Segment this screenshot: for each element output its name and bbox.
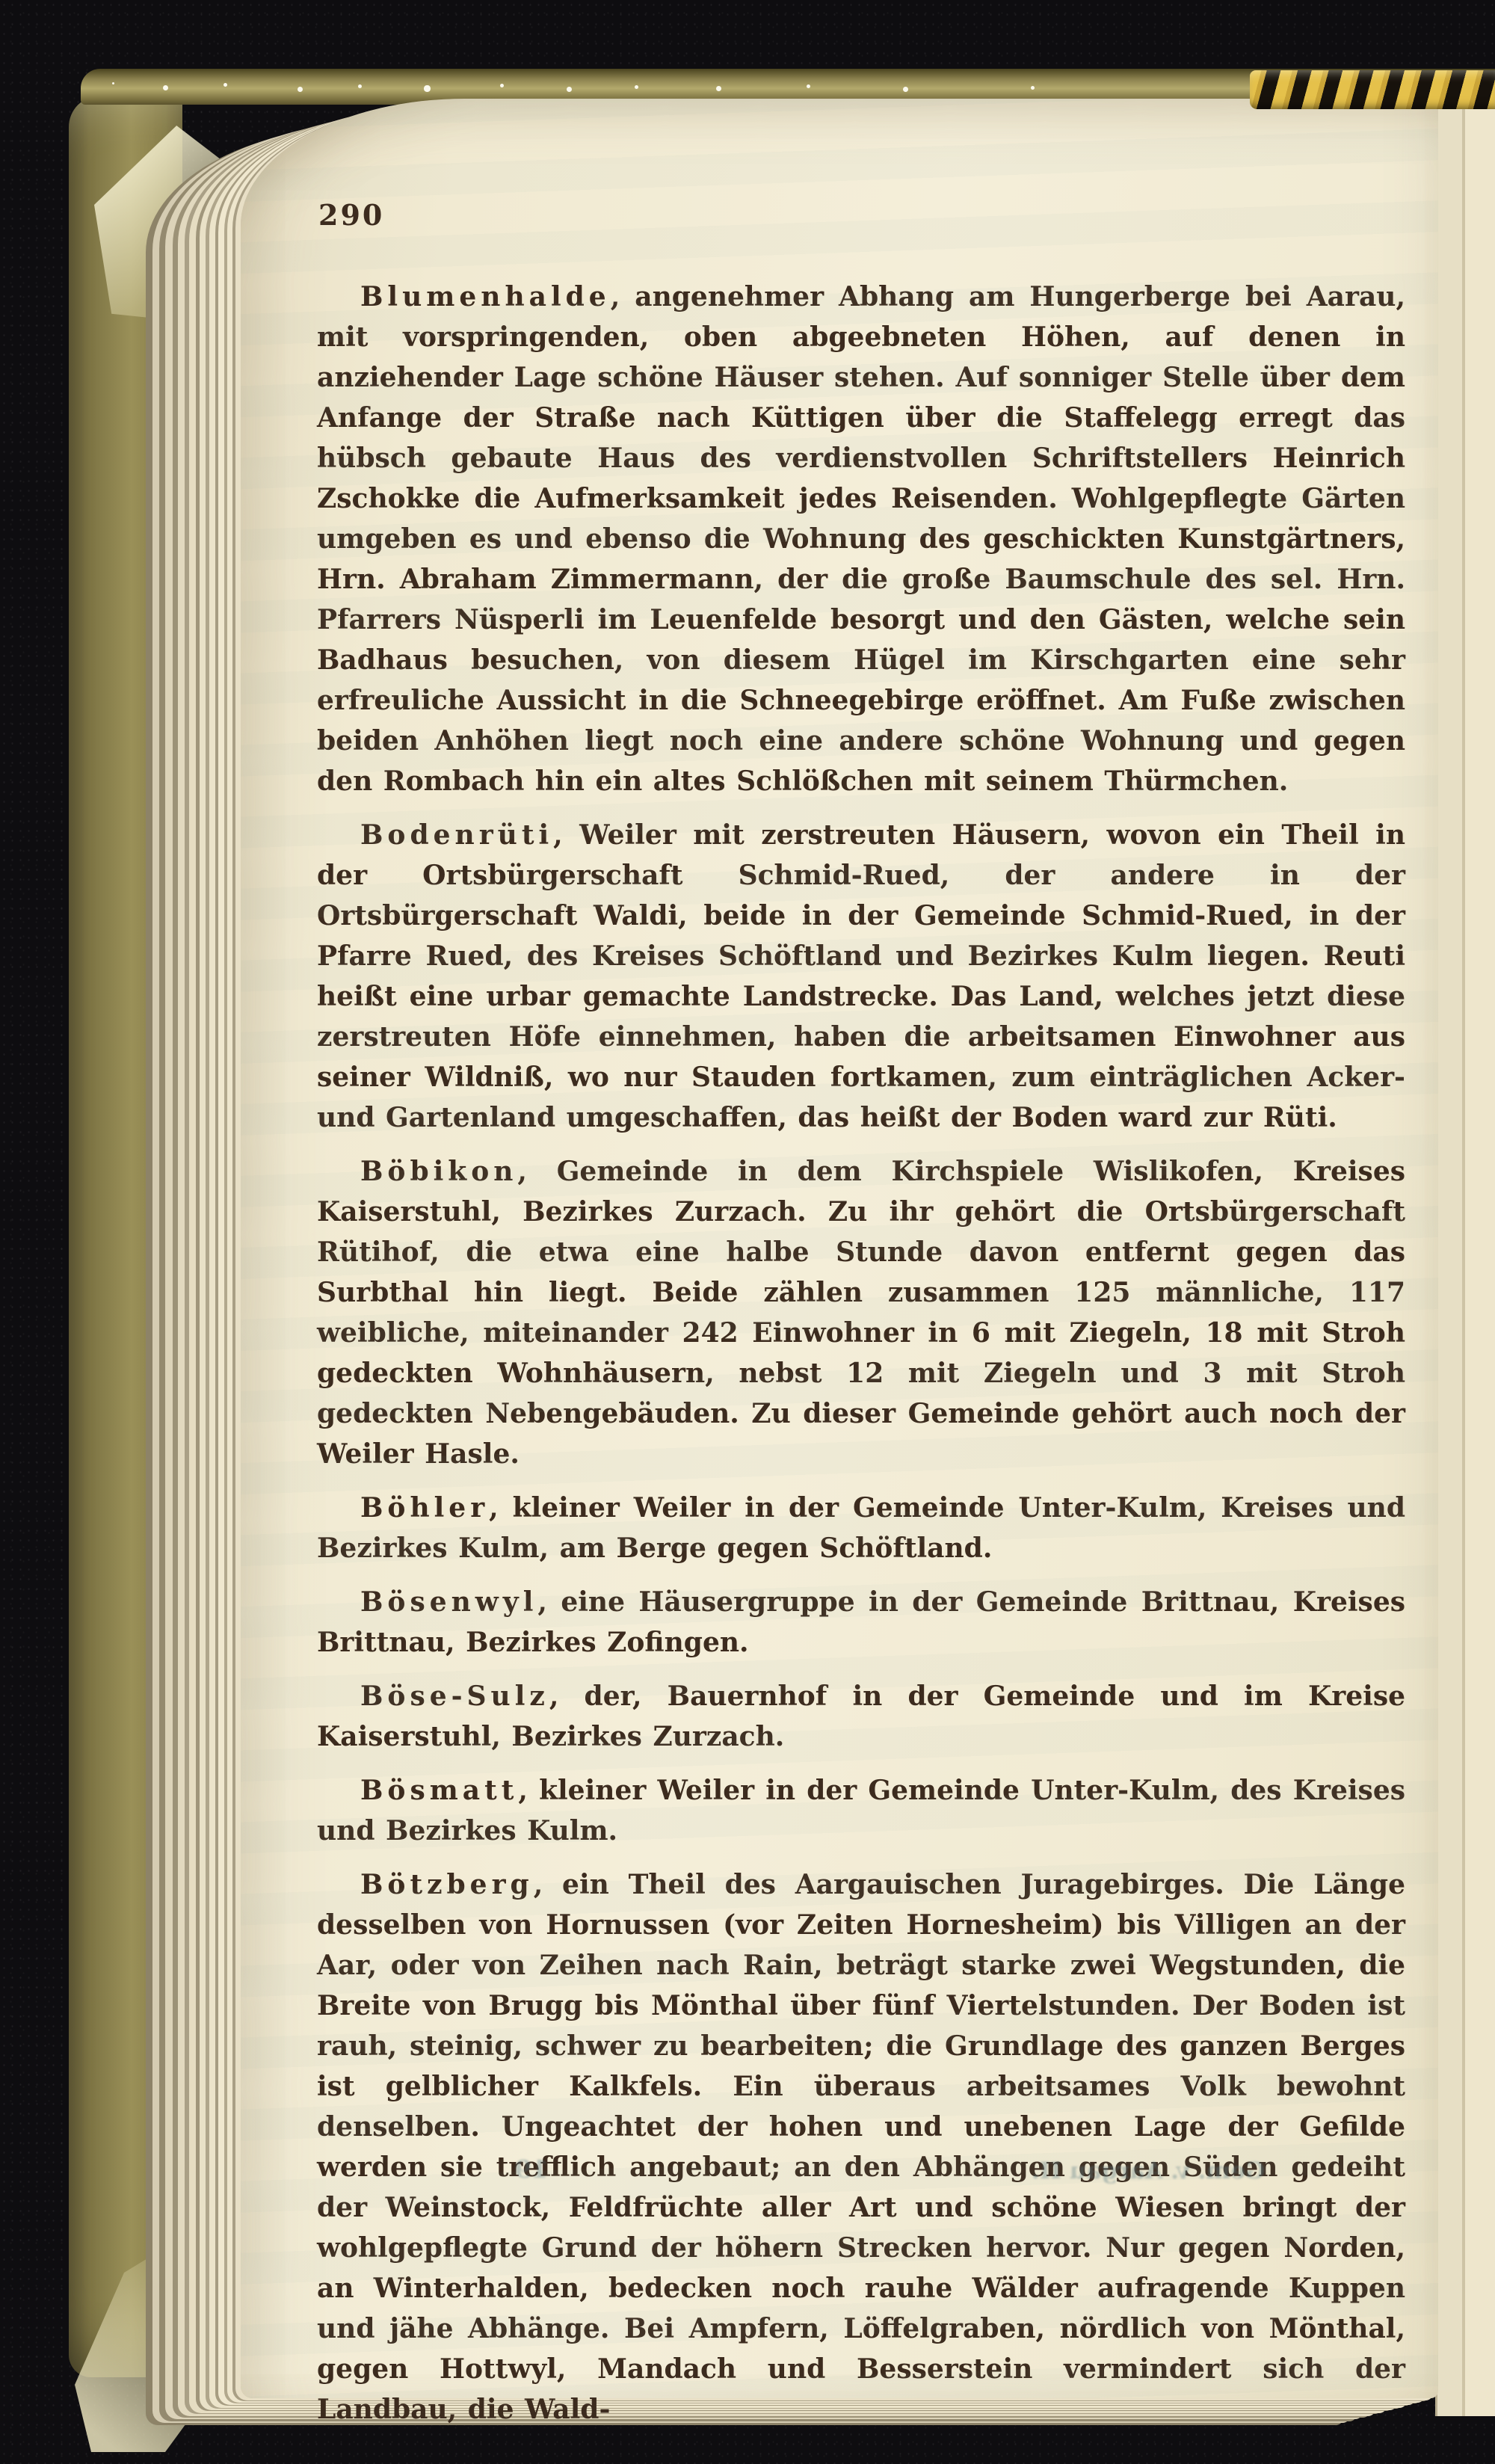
entry-paragraph: Böhler, kleiner Weiler in der Gemeinde U… [317,1488,1405,1568]
entry-headword: Böhler [360,1492,489,1524]
scan-background: { "page_number": "290", "entries": [ { "… [0,0,1495,2464]
entry-paragraph: Bodenrüti, Weiler mit zerstreuten Häuser… [317,815,1405,1138]
bleedthrough-signature-number: 19 [514,2155,549,2184]
page-number: 290 [318,200,1405,230]
entry-paragraph: Bösmatt, kleiner Weiler in der Gemeinde … [317,1770,1405,1851]
entry-headword: Böbikon [360,1156,517,1187]
entry-headword: Blumenhalde [360,281,611,312]
book-spine-cover [69,96,182,2377]
entry-body: , angenehmer Abhang am Hungerberge bei A… [317,281,1405,797]
entry-body: , Weiler mit zerstreuten Häusern, wovon … [317,819,1405,1133]
entry-paragraph: Blumenhalde, angenehmer Abhang am Hunger… [317,277,1405,801]
page-content: 290 Blumenhalde, angenehmer Abhang am Hu… [241,99,1438,2443]
entry-headword: Bötzberg [360,1869,534,1900]
entry-headword: Bösmatt [360,1775,518,1806]
entry-headword: Böse-Sulz [360,1681,549,1712]
entry-paragraph: Bösenwyl, eine Häusergruppe in der Gemei… [317,1582,1405,1663]
bleedthrough-volume-title: Gem. v. Aargau II. [1032,2157,1265,2184]
book-page: 290 Blumenhalde, angenehmer Abhang am Hu… [241,99,1438,2398]
entry-headword: Bösenwyl [360,1586,537,1618]
entry-paragraph: Böbikon, Gemeinde in dem Kirchspiele Wis… [317,1151,1405,1474]
tape-glint-highlights [112,82,114,84]
striped-headband [1250,70,1495,109]
entry-paragraph: Böse-Sulz, der, Bauernhof in der Gemeind… [317,1676,1405,1757]
next-page-edge [1435,105,1495,2416]
entry-body: , ein Theil des Aargauischen Juragebirge… [317,1869,1405,2425]
entry-headword: Bodenrüti [360,819,553,851]
entry-paragraph: Bötzberg, ein Theil des Aargauischen Jur… [317,1864,1405,2430]
entry-body: , Gemeinde in dem Kirchspiele Wislikofen… [317,1156,1405,1470]
